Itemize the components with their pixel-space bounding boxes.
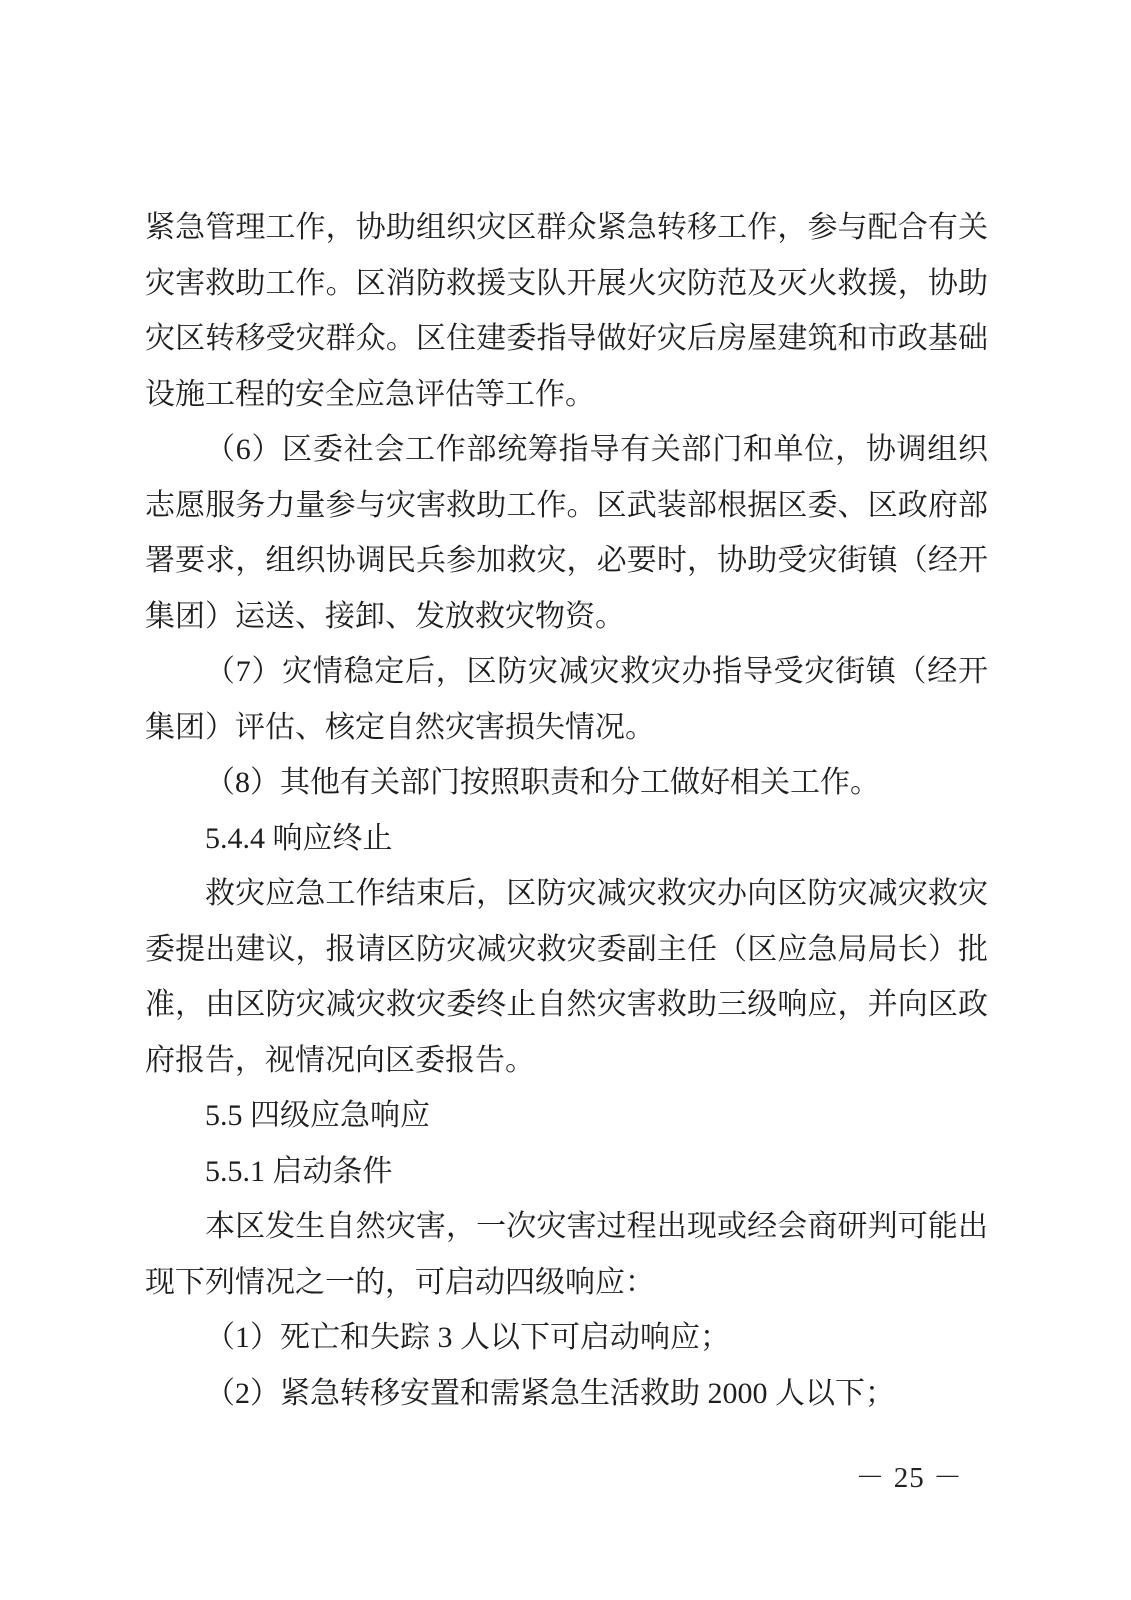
paragraph-item-8: （8）其他有关部门按照职责和分工做好相关工作。 bbox=[145, 755, 988, 811]
paragraph-condition-1: （1）死亡和失踪 3 人以下可启动响应； bbox=[145, 1310, 988, 1366]
paragraph-condition-2: （2）紧急转移安置和需紧急生活救助 2000 人以下； bbox=[145, 1366, 988, 1422]
section-heading-5-4-4: 5.4.4 响应终止 bbox=[145, 811, 988, 867]
paragraph-item-7: （7）灾情稳定后，区防灾减灾救灾办指导受灾街镇（经开集团）评估、核定自然灾害损失… bbox=[145, 644, 988, 755]
paragraph-trigger-conditions: 本区发生自然灾害，一次灾害过程出现或经会商研判可能出现下列情况之一的，可启动四级… bbox=[145, 1199, 988, 1310]
paragraph-response-termination: 救灾应急工作结束后，区防灾减灾救灾办向区防灾减灾救灾委提出建议，报请区防灾减灾救… bbox=[145, 866, 988, 1088]
page-number: － 25 － bbox=[855, 1458, 963, 1498]
page-content: 紧急管理工作，协助组织灾区群众紧急转移工作，参与配合有关灾害救助工作。区消防救援… bbox=[145, 200, 988, 1421]
section-heading-5-5: 5.5 四级应急响应 bbox=[145, 1088, 988, 1144]
paragraph-continued: 紧急管理工作，协助组织灾区群众紧急转移工作，参与配合有关灾害救助工作。区消防救援… bbox=[145, 200, 988, 422]
document-page: 紧急管理工作，协助组织灾区群众紧急转移工作，参与配合有关灾害救助工作。区消防救援… bbox=[0, 0, 1131, 1600]
paragraph-item-6: （6）区委社会工作部统筹指导有关部门和单位，协调组织志愿服务力量参与灾害救助工作… bbox=[145, 422, 988, 644]
section-heading-5-5-1: 5.5.1 启动条件 bbox=[145, 1144, 988, 1200]
